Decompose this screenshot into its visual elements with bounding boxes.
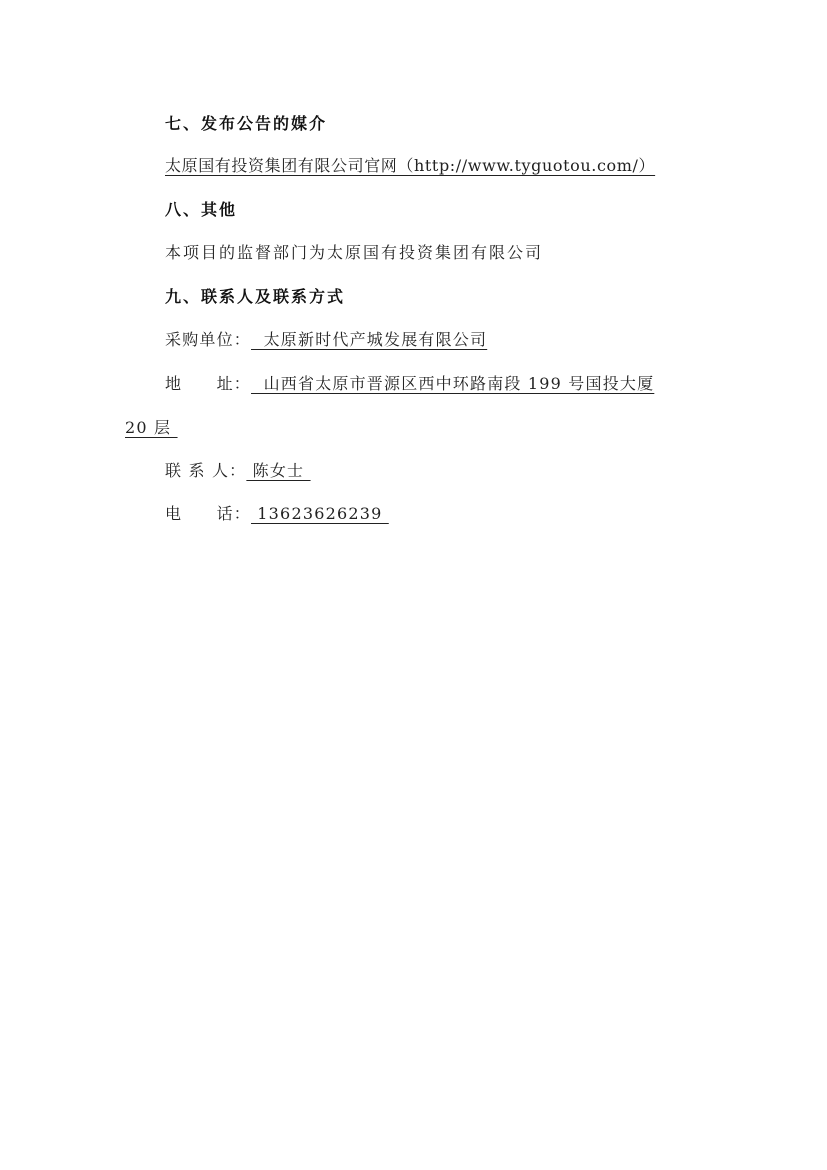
supervision-text: 本项目的监督部门为太原国有投资集团有限公司 [165,243,543,263]
media-website-link[interactable]: 太原国有投资集团有限公司官网（http://www.tyguotou.com/） [165,156,655,176]
purchaser-row: 采购单位： 太原新时代产城发展有限公司 [165,330,487,350]
address-value-line1: 山西省太原市晋源区西中环路南段 199 号国投大厦 [251,374,654,393]
section-seven-title: 七、发布公告的媒介 [165,114,327,134]
section-nine-title: 九、联系人及联系方式 [165,287,345,307]
address-value-line2: 20 层 [125,418,178,438]
address-label: 地 址： [165,374,251,394]
purchaser-label: 采购单位： [165,330,251,350]
purchaser-value: 太原新时代产城发展有限公司 [251,330,487,349]
contact-row: 联 系 人： 陈女士 [165,461,311,481]
section-eight-title: 八、其他 [165,200,237,220]
contact-label: 联 系 人： [165,461,246,481]
contact-value: 陈女士 [246,461,310,480]
address-row: 地 址： 山西省太原市晋源区西中环路南段 199 号国投大厦 [165,374,654,394]
phone-value: 13623626239 [251,504,389,523]
phone-label: 电 话： [165,504,251,524]
phone-row: 电 话： 13623626239 [165,504,389,524]
